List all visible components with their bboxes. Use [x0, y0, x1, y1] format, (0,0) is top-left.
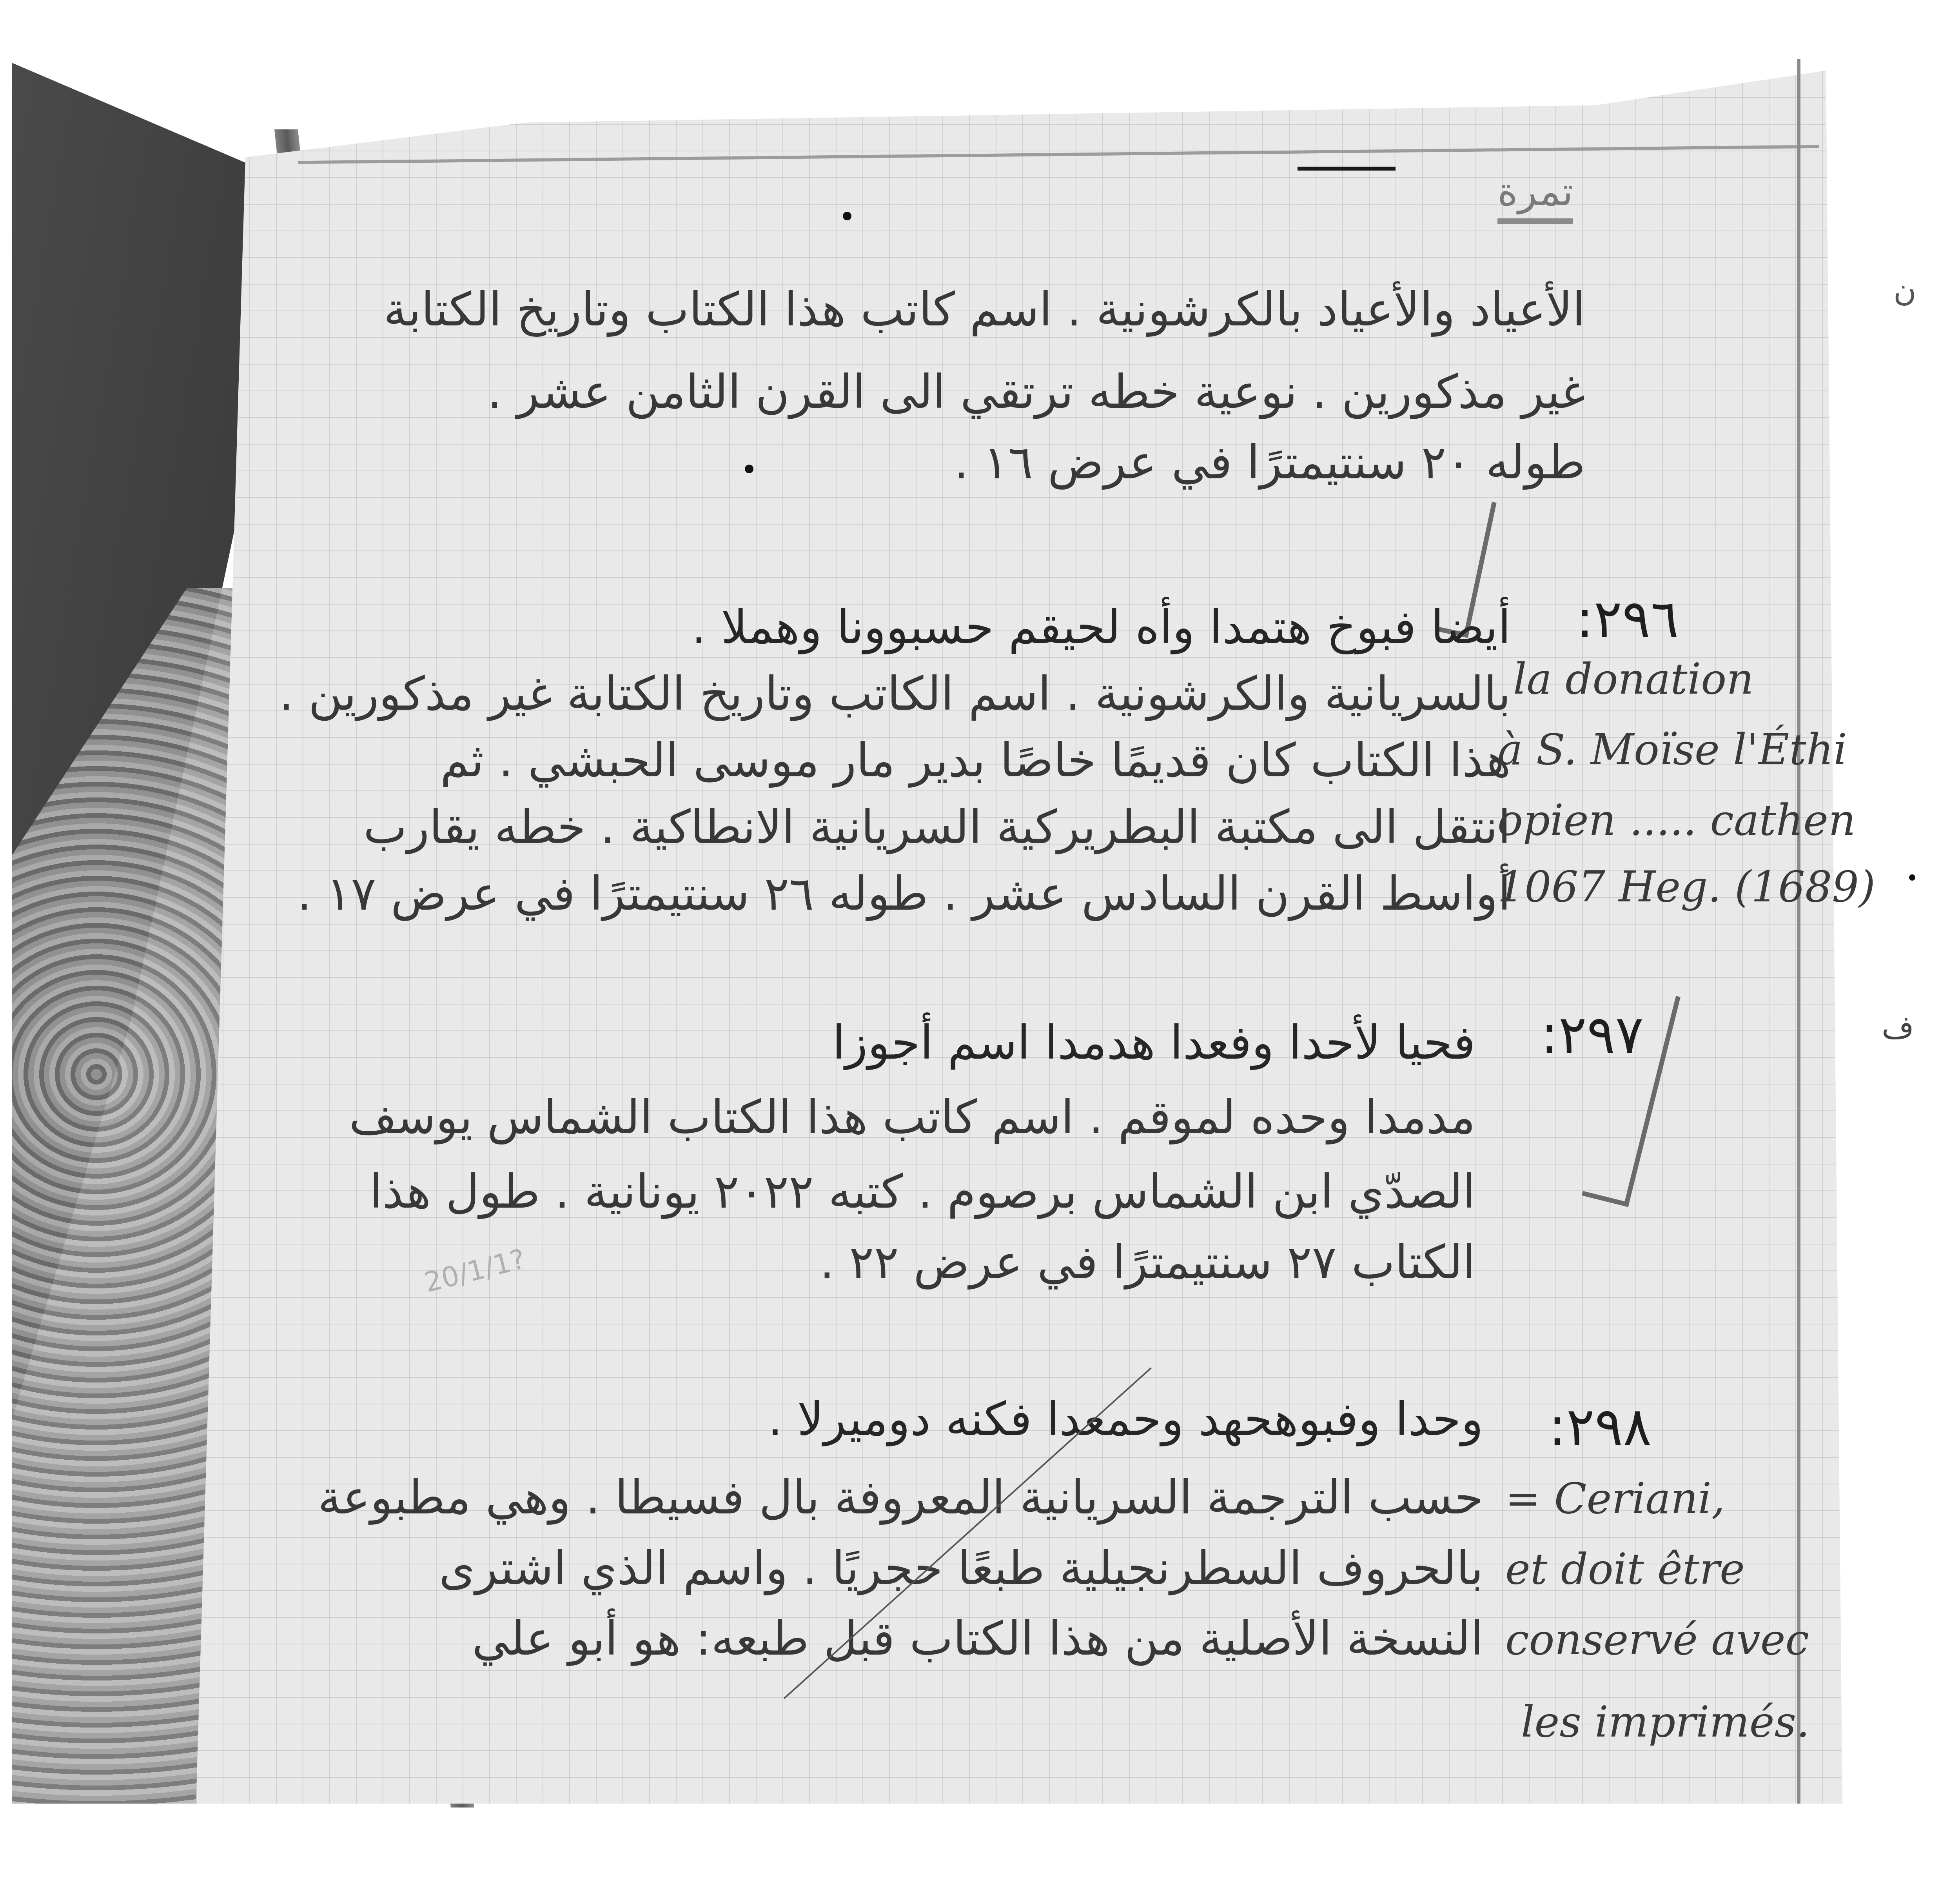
margin-note-298-1: et doit être [1505, 1545, 1745, 1594]
entry-3-title: وحدا وفبوهحهد وحمعدا فكنه دوميرلا . [768, 1396, 1483, 1442]
entry-0-line-0: الأعياد والأعياد بالكرشونية . اسم كاتب ه… [383, 286, 1585, 332]
entry-2-line-2: الصدّي ابن الشماس برصوم . كتبه ٢٠٢٢ يونا… [370, 1168, 1475, 1215]
margin-note-296-3: 1067 Heg. (1689) [1497, 863, 1875, 912]
ink-speck [745, 465, 753, 473]
margin-note-296-2: opien ..... cathen [1497, 796, 1856, 845]
entry-1-line-3: انتقل الى مكتبة البطريركية السريانية الا… [363, 804, 1511, 850]
entry-0-line-1: غير مذكورين . نوعية خطه ترتقي الى القرن … [487, 369, 1585, 415]
margin-note-296-0: la donation [1513, 655, 1754, 704]
entry-2-line-1: مدمدا وحده لموقم . اسم كاتب هذا الكتاب ا… [349, 1094, 1475, 1140]
header-dash [1298, 167, 1396, 171]
entry-2-line-3: الكتاب ٢٧ سنتيمترًا في عرض ٢٢ . [820, 1239, 1475, 1285]
entry-3-line-3: النسخة الأصلية من هذا الكتاب قبل طبعه: ه… [472, 1615, 1483, 1662]
margin-glyph-1: ف [1882, 1012, 1914, 1043]
entry-1-line-4: أواسط القرن السادس عشر . طوله ٢٦ سنتيمتر… [297, 870, 1511, 917]
entry-number-298: ٢٩٨: [1548, 1396, 1651, 1457]
entry-0-line-2: طوله ٢٠ سنتيمترًا في عرض ١٦ . [954, 439, 1585, 485]
entry-3-line-1: حسب الترجمة السريانية المعروفة بال فسيطا… [318, 1474, 1483, 1520]
entry-1-line-1: بالسريانية والكرشونية . اسم الكاتب وتاري… [279, 670, 1511, 717]
margin-note-298-3: les imprimés. [1521, 1698, 1810, 1747]
margin-note-298-2: conservé avec [1505, 1615, 1809, 1664]
entry-1-line-2: هذا الكتاب كان قديمًا خاصًا بدير مار موس… [440, 737, 1511, 783]
margin-note-296-1: à S. Moïse l'Éthi [1497, 725, 1847, 774]
ink-speck [1909, 874, 1915, 881]
header-mark: تمرة [1497, 169, 1573, 224]
ink-speck [843, 212, 851, 220]
entry-number-296: ٢٩٦: [1576, 588, 1679, 650]
margin-note-298-0: = Ceriani, [1505, 1474, 1725, 1523]
entry-2-title: فحيا لأحدا وفعدا هدمدا اسم أجوزا [833, 1019, 1475, 1066]
margin-glyph-0: ن [1893, 274, 1916, 306]
entry-3-line-2: بالحروف السطرنجيلية طبعًا حجريًا . واسم … [439, 1545, 1483, 1591]
margin-rule [1797, 59, 1800, 1804]
entry-1-title: أيضا فبوخ هتمدا وأه لحيقم حسبوونا وهملا … [691, 604, 1511, 650]
